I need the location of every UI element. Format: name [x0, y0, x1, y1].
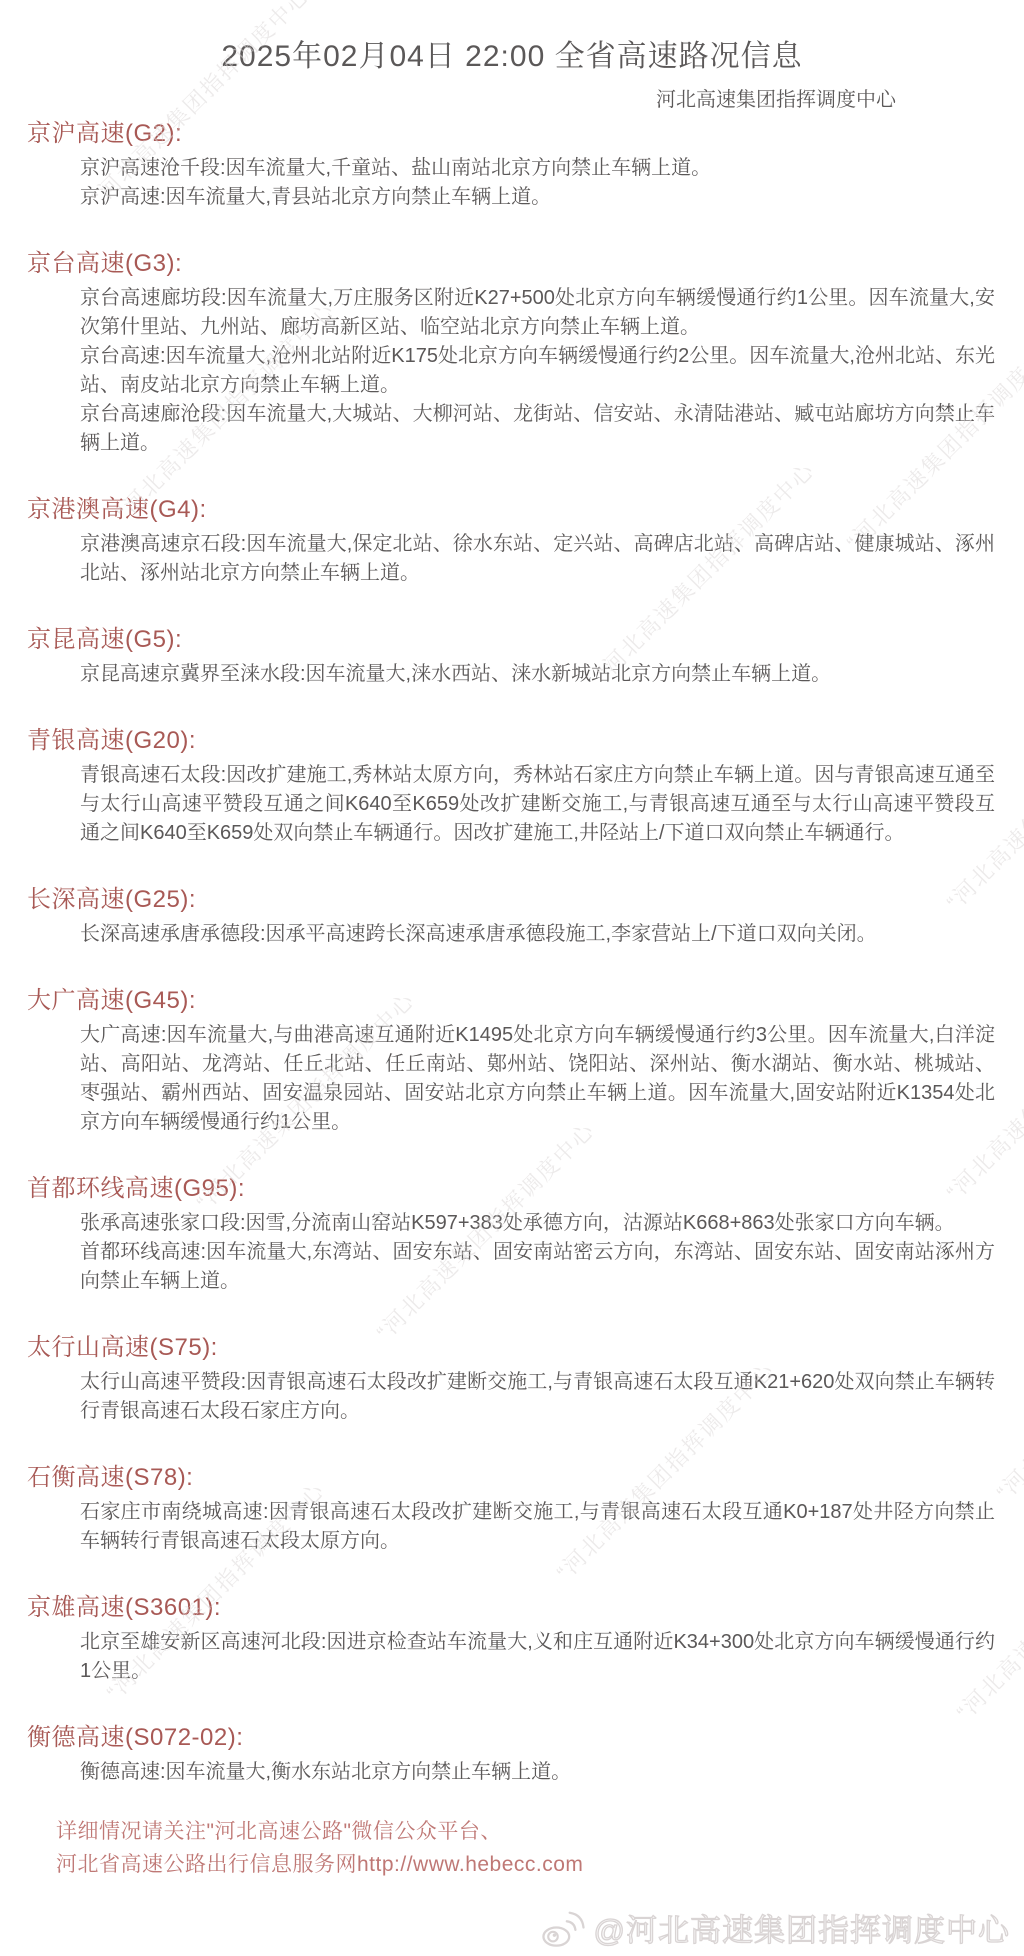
section-paragraphs: 张承高速张家口段:因雪,分流南山窑站K597+383处承德方向，沽源站K668+…	[27, 1209, 997, 1296]
section-heading: 京港澳高速(G4):	[27, 496, 997, 524]
section-heading: 京沪高速(G2):	[27, 120, 997, 148]
highway-section: 京台高速(G3): 京台高速廊坊段:因车流量大,万庄服务区附近K27+500处北…	[0, 250, 1024, 458]
page-title: 2025年02月04日 22:00 全省高速路况信息	[0, 40, 1024, 74]
section-paragraphs: 京港澳高速京石段:因车流量大,保定北站、徐水东站、定兴站、高碑店北站、高碑店站、…	[27, 530, 997, 588]
section-paragraphs: 太行山高速平赞段:因青银高速石太段改扩建断交施工,与青银高速石太段互通K21+6…	[27, 1368, 997, 1426]
weibo-traffic-bulletin-image: “河北高速集团指挥调度中心“河北高速集团指挥调度中心“河北高速集团指挥调度中心“…	[0, 0, 1024, 1956]
footer-url-line: 河北省高速公路出行信息服务网http://www.hebecc.com	[56, 1848, 1024, 1881]
traffic-paragraph: 张承高速张家口段:因雪,分流南山窑站K597+383处承德方向，沽源站K668+…	[27, 1209, 997, 1238]
section-paragraphs: 衡德高速:因车流量大,衡水东站北京方向禁止车辆上道。	[27, 1758, 997, 1787]
highway-section: 京港澳高速(G4): 京港澳高速京石段:因车流量大,保定北站、徐水东站、定兴站、…	[0, 496, 1024, 588]
traffic-paragraph: 京沪高速沧千段:因车流量大,千童站、盐山南站北京方向禁止车辆上道。	[27, 154, 997, 183]
traffic-paragraph: 石家庄市南绕城高速:因青银高速石太段改扩建断交施工,与青银高速石太段互通K0+1…	[27, 1498, 997, 1556]
section-heading: 石衡高速(S78):	[27, 1464, 997, 1492]
bulletin-content: 2025年02月04日 22:00 全省高速路况信息 河北高速集团指挥调度中心 …	[0, 40, 1024, 1881]
traffic-paragraph: 大广高速:因车流量大,与曲港高速互通附近K1495处北京方向车辆缓慢通行约3公里…	[27, 1021, 997, 1137]
section-paragraphs: 北京至雄安新区高速河北段:因进京检查站车流量大,义和庄互通附近K34+300处北…	[27, 1628, 997, 1686]
section-heading: 首都环线高速(G95):	[27, 1175, 997, 1203]
section-paragraphs: 长深高速承唐承德段:因承平高速跨长深高速承唐承德段施工,李家营站上/下道口双向关…	[27, 920, 997, 949]
footer-line-1: 详细情况请关注"河北高速公路"微信公众平台、	[56, 1815, 1024, 1848]
traffic-paragraph: 首都环线高速:因车流量大,东湾站、固安东站、固安南站密云方向，东湾站、固安东站、…	[27, 1238, 997, 1296]
highway-section: 青银高速(G20): 青银高速石太段:因改扩建施工,秀林站太原方向，秀林站石家庄…	[0, 727, 1024, 848]
section-heading: 青银高速(G20):	[27, 727, 997, 755]
weibo-watermark-badge: @河北高速集团指挥调度中心	[540, 1905, 1010, 1950]
footer-note: 详细情况请关注"河北高速公路"微信公众平台、 河北省高速公路出行信息服务网htt…	[0, 1815, 1024, 1881]
highway-section: 长深高速(G25): 长深高速承唐承德段:因承平高速跨长深高速承唐承德段施工,李…	[0, 886, 1024, 949]
highway-sections: 京沪高速(G2): 京沪高速沧千段:因车流量大,千童站、盐山南站北京方向禁止车辆…	[0, 120, 1024, 1787]
section-heading: 长深高速(G25):	[27, 886, 997, 914]
traffic-paragraph: 京港澳高速京石段:因车流量大,保定北站、徐水东站、定兴站、高碑店北站、高碑店站、…	[27, 530, 997, 588]
traffic-paragraph: 北京至雄安新区高速河北段:因进京检查站车流量大,义和庄互通附近K34+300处北…	[27, 1628, 997, 1686]
section-paragraphs: 大广高速:因车流量大,与曲港高速互通附近K1495处北京方向车辆缓慢通行约3公里…	[27, 1021, 997, 1137]
weibo-handle-text: @河北高速集团指挥调度中心	[594, 1905, 1010, 1950]
section-paragraphs: 青银高速石太段:因改扩建施工,秀林站太原方向，秀林站石家庄方向禁止车辆上道。因与…	[27, 761, 997, 848]
section-heading: 京昆高速(G5):	[27, 626, 997, 654]
traffic-paragraph: 衡德高速:因车流量大,衡水东站北京方向禁止车辆上道。	[27, 1758, 997, 1787]
highway-section: 京沪高速(G2): 京沪高速沧千段:因车流量大,千童站、盐山南站北京方向禁止车辆…	[0, 120, 1024, 212]
section-heading: 京台高速(G3):	[27, 250, 997, 278]
highway-section: 石衡高速(S78): 石家庄市南绕城高速:因青银高速石太段改扩建断交施工,与青银…	[0, 1464, 1024, 1556]
section-heading: 大广高速(G45):	[27, 987, 997, 1015]
traffic-paragraph: 太行山高速平赞段:因青银高速石太段改扩建断交施工,与青银高速石太段互通K21+6…	[27, 1368, 997, 1426]
highway-section: 京昆高速(G5): 京昆高速京冀界至涞水段:因车流量大,涞水西站、涞水新城站北京…	[0, 626, 1024, 689]
highway-section: 京雄高速(S3601): 北京至雄安新区高速河北段:因进京检查站车流量大,义和庄…	[0, 1594, 1024, 1686]
traffic-paragraph: 长深高速承唐承德段:因承平高速跨长深高速承唐承德段施工,李家营站上/下道口双向关…	[27, 920, 997, 949]
section-paragraphs: 京沪高速沧千段:因车流量大,千童站、盐山南站北京方向禁止车辆上道。京沪高速:因车…	[27, 154, 997, 212]
section-paragraphs: 京昆高速京冀界至涞水段:因车流量大,涞水西站、涞水新城站北京方向禁止车辆上道。	[27, 660, 997, 689]
traffic-paragraph: 京台高速廊沧段:因车流量大,大城站、大柳河站、龙街站、信安站、永清陆港站、臧屯站…	[27, 400, 997, 458]
weibo-icon	[540, 1907, 586, 1949]
issuer-line: 河北高速集团指挥调度中心	[0, 88, 1024, 112]
section-heading: 衡德高速(S072-02):	[27, 1724, 997, 1752]
traffic-paragraph: 京昆高速京冀界至涞水段:因车流量大,涞水西站、涞水新城站北京方向禁止车辆上道。	[27, 660, 997, 689]
section-heading: 京雄高速(S3601):	[27, 1594, 997, 1622]
traffic-paragraph: 京台高速廊坊段:因车流量大,万庄服务区附近K27+500处北京方向车辆缓慢通行约…	[27, 284, 997, 342]
section-paragraphs: 石家庄市南绕城高速:因青银高速石太段改扩建断交施工,与青银高速石太段互通K0+1…	[27, 1498, 997, 1556]
traffic-paragraph: 京沪高速:因车流量大,青县站北京方向禁止车辆上道。	[27, 183, 997, 212]
highway-section: 太行山高速(S75): 太行山高速平赞段:因青银高速石太段改扩建断交施工,与青银…	[0, 1334, 1024, 1426]
traffic-paragraph: 京台高速:因车流量大,沧州北站附近K175处北京方向车辆缓慢通行约2公里。因车流…	[27, 342, 997, 400]
section-heading: 太行山高速(S75):	[27, 1334, 997, 1362]
traffic-paragraph: 青银高速石太段:因改扩建施工,秀林站太原方向，秀林站石家庄方向禁止车辆上道。因与…	[27, 761, 997, 848]
highway-section: 大广高速(G45): 大广高速:因车流量大,与曲港高速互通附近K1495处北京方…	[0, 987, 1024, 1137]
highway-section: 衡德高速(S072-02): 衡德高速:因车流量大,衡水东站北京方向禁止车辆上道…	[0, 1724, 1024, 1787]
section-paragraphs: 京台高速廊坊段:因车流量大,万庄服务区附近K27+500处北京方向车辆缓慢通行约…	[27, 284, 997, 458]
highway-section: 首都环线高速(G95): 张承高速张家口段:因雪,分流南山窑站K597+383处…	[0, 1175, 1024, 1296]
